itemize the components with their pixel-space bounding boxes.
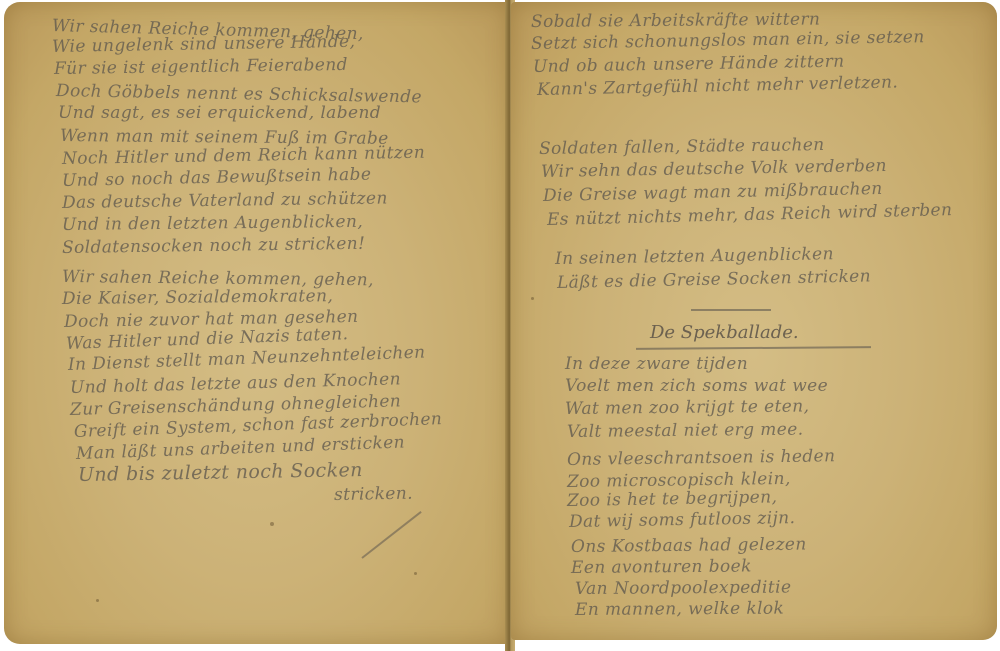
handwritten-line: Soldaten fallen, Städte rauchen: [539, 135, 825, 159]
handwritten-line: Läßt es die Greise Socken stricken: [557, 266, 871, 293]
handwritten-line: Kann's Zartgefühl nicht mehr verletzen.: [537, 72, 899, 100]
paper-speck: [270, 522, 274, 526]
title-underline: [636, 346, 871, 350]
handwritten-line: Wir sehn das deutsche Volk verderben: [541, 156, 887, 182]
poem-line: Ons Kostbaas had gelezen: [571, 535, 807, 557]
handwritten-line: Wie ungelenk sind unsere Hände,: [52, 32, 356, 57]
handwritten-line: stricken.: [334, 484, 413, 505]
paper-speck: [96, 599, 99, 602]
handwritten-line: Soldatensocken noch zu stricken!: [62, 234, 366, 258]
poem-line: Dat wij soms futloos zijn.: [569, 508, 796, 532]
paper-speck: [414, 572, 417, 575]
handwritten-line: Und so noch das Bewußtsein habe: [62, 165, 372, 191]
poem-title: De Spekballade.: [650, 322, 799, 343]
poem-line: Voelt men zich soms wat wee: [565, 376, 828, 396]
handwritten-line: In seinen letzten Augenblicken: [555, 244, 834, 269]
handwritten-line: Und sagt, es sei erquickend, labend: [58, 103, 381, 123]
poem-line: Wat men zoo krijgt te eten,: [565, 396, 810, 419]
section-divider: [691, 309, 771, 311]
poem-line: Ons vleeschrantsoen is heden: [567, 446, 836, 470]
poem-line: In deze zware tijden: [565, 354, 748, 374]
handwritten-line: Und in den letzten Augenblicken,: [62, 212, 363, 235]
right-page: Sobald sie Arbeitskräfte wittern Setzt s…: [511, 2, 997, 640]
left-page: Wir sahen Reiche kommen, gehen, Wie unge…: [4, 2, 509, 644]
handwritten-line: Die Greise wagt man zu mißbrauchen: [543, 179, 883, 206]
handwritten-line: Das deutsche Vaterland zu schützen: [62, 188, 388, 213]
poem-line: Een avonturen boek: [571, 556, 752, 578]
handwritten-line: Die Kaiser, Sozialdemokraten,: [62, 286, 333, 309]
poem-line: Van Noordpoolexpeditie: [575, 577, 792, 599]
poem-line: En mannen, welke klok: [575, 599, 784, 620]
paper-speck: [531, 297, 534, 300]
pencil-stroke: [361, 511, 421, 559]
handwritten-line: Und ob auch unsere Hände zittern: [533, 52, 845, 77]
handwritten-line: Für sie ist eigentlich Feierabend: [54, 55, 348, 79]
handwritten-line: Sobald sie Arbeitskräfte wittern: [531, 9, 820, 32]
poem-line: Zoo is het te begrijpen,: [567, 487, 778, 511]
notebook-spread: Wir sahen Reiche kommen, gehen, Wie unge…: [0, 0, 1000, 651]
poem-line: Valt meestal niet erg mee.: [567, 420, 804, 442]
handwritten-line: Und bis zuletzt noch Socken: [78, 460, 363, 485]
